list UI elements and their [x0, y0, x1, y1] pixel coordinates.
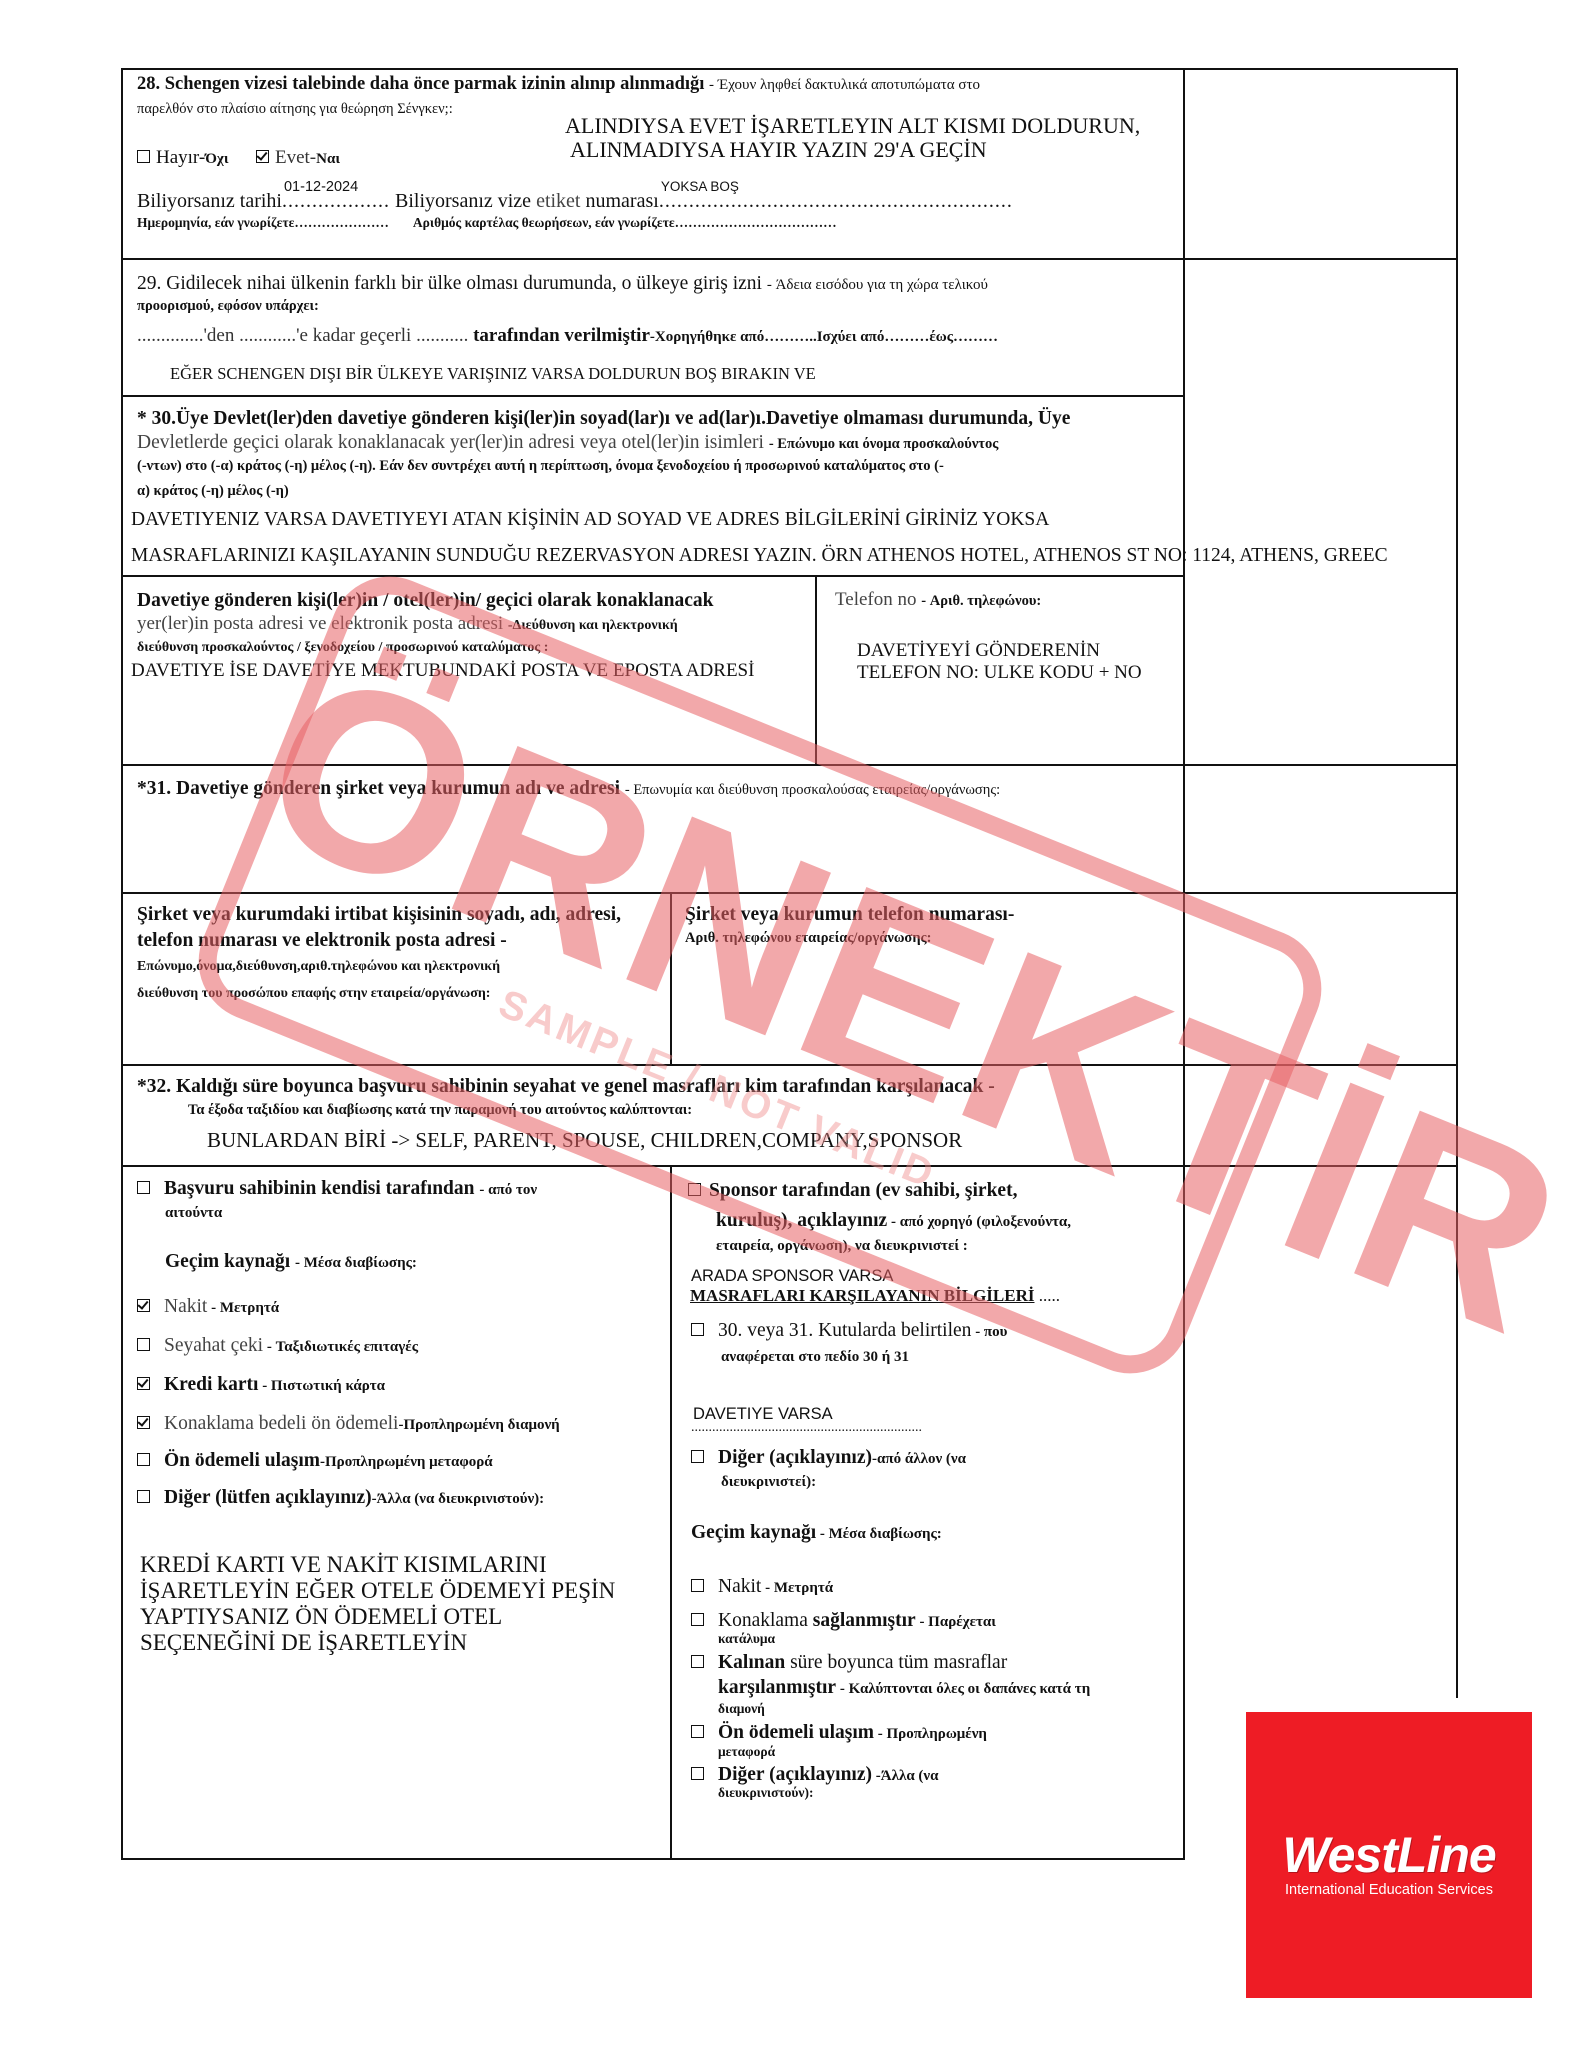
logo-name: WestLine: [1246, 1826, 1532, 1884]
company-phone-greek: Αριθ. τηλεφώνου εταιρείας/οργάνωσης:: [685, 931, 932, 947]
all-costs-greek-2: διαμονή: [718, 1702, 765, 1717]
all-costs-label-bold: Kalınan: [718, 1652, 785, 1673]
phone-note-1: DAVETİYEYİ GÖNDERENİN: [857, 641, 1100, 662]
issued-greek: -Χορηγήθηκε από………..Ισχύει από………έως………: [650, 329, 998, 345]
self-greek: - από τον: [479, 1182, 537, 1198]
address-label-1: Davetiye gönderen kişi(ler)in / otel(ler…: [137, 590, 713, 611]
other-greek: -από άλλον (να: [872, 1451, 966, 1467]
left-note-3: YAPTIYSANIZ ÖN ÖDEMELİ OTEL: [140, 1604, 615, 1630]
section-29-title-greek: - Άδεια εισόδου για τη χώρα τελικού: [767, 277, 988, 293]
other-2-greek: -Άλλα (να: [872, 1768, 939, 1784]
other-checkbox[interactable]: [691, 1450, 704, 1463]
contact-field[interactable]: [124, 1010, 668, 1062]
sponsor-dots: .....: [1039, 1286, 1060, 1305]
boxes-greek-2: αναφέρεται στο πεδίο 30 ή 31: [721, 1349, 909, 1366]
option-yes-checkbox[interactable]: [256, 150, 269, 163]
divider-31-contact: [121, 892, 1458, 894]
transport-label: Ön ödemeli ulaşım: [718, 1722, 874, 1743]
sponsor-note-1: ARADA SPONSOR VARSA: [691, 1267, 893, 1285]
left-means-greek: - Μέσα διαβίωσης:: [295, 1255, 417, 1271]
left-means-label: Geçim kaynağı: [165, 1251, 290, 1272]
phone-field[interactable]: [818, 690, 1180, 762]
section-32-title: *32. Kaldığı süre boyunca başvuru sahibi…: [137, 1076, 995, 1097]
divider-contact-phone: [670, 892, 672, 1064]
border-top: [121, 68, 1458, 70]
all-costs-greek: - Καλύπτονται όλες οι δαπάνες κατά τη: [836, 1681, 1090, 1697]
visa-number-value: YOKSA BOŞ: [661, 180, 739, 195]
address-greek-2: -Διεύθυνση και ηλεκτρονική: [508, 618, 678, 633]
means-option: Kredi kartı - Πιστωτική κάρτα: [137, 1374, 385, 1395]
left-note-2: İŞARETLEYİN EĞER OTELE ÖDEMEYİ PEŞİN: [140, 1578, 615, 1604]
section-30-greek-4: α) κράτος (-η) μέλος (-η): [137, 484, 289, 500]
other-2-greek-2: διευκρινιστούν):: [718, 1786, 813, 1801]
other-label: Diğer (açıklayınız): [718, 1447, 872, 1468]
section-30-note-2: MASRAFLARINIZI KAŞILAYANIN SUNDUĞU REZER…: [131, 545, 1388, 566]
option-no-label: Hayır-: [156, 147, 205, 168]
means-option-checkbox[interactable]: [137, 1453, 150, 1466]
section-28-note-2: ALINMADIYSA HAYIR YAZIN 29'A GEÇİN: [570, 138, 987, 162]
section-31-title: *31. Davetiye gönderen şirket veya kurum…: [137, 778, 620, 799]
visa-label-2: etiket: [536, 190, 580, 212]
sponsor-greek-3: εταιρεία, οργάνωση), να διευκρινιστεί :: [716, 1238, 968, 1255]
company-field[interactable]: [124, 810, 1180, 890]
issued-by-label: tarafından verilmiştir: [473, 325, 650, 346]
date-value: 01-12-2024: [284, 180, 358, 196]
boxes-greek: - που: [971, 1324, 1007, 1340]
other-2-checkbox[interactable]: [691, 1767, 704, 1780]
phone-label: Telefon no: [835, 589, 917, 610]
divider-29-30: [121, 395, 1185, 397]
means-option-checkbox[interactable]: [137, 1338, 150, 1351]
section-29-note: EĞER SCHENGEN DIŞI BİR ÜLKEYE VARIŞINIZ …: [170, 365, 816, 383]
self-label: Başvuru sahibinin kendisi tarafından: [164, 1178, 475, 1199]
right-means-label: Geçim kaynağı: [691, 1522, 816, 1543]
other-greek-2: διευκρινιστεί):: [721, 1474, 816, 1491]
means-option-greek: -Προπληρωμένη μεταφορά: [320, 1454, 493, 1470]
transport-checkbox[interactable]: [691, 1725, 704, 1738]
right-cash-checkbox[interactable]: [691, 1579, 704, 1592]
section-28-title: 28. Schengen vizesi talebinde daha önce …: [137, 74, 704, 94]
sponsor-checkbox[interactable]: [688, 1183, 701, 1196]
entry-permit-field[interactable]: ..............'den ............'e kadar …: [137, 326, 998, 347]
divider-30-address: [121, 575, 1185, 577]
left-note-4: SEÇENEĞİNİ DE İŞARETLEYİN: [140, 1630, 615, 1656]
all-costs-checkbox[interactable]: [691, 1655, 704, 1668]
means-option-checkbox[interactable]: [137, 1416, 150, 1429]
visa-greek: Αριθμός καρτέλας θεωρήσεων, εάν γνωρίζετ…: [413, 215, 837, 230]
means-option-label: Seyahat çeki: [164, 1335, 263, 1356]
means-option-checkbox[interactable]: [137, 1299, 150, 1312]
address-label-2: yer(ler)in posta adresi ve elektronik po…: [137, 613, 503, 634]
transport-greek: - Προπληρωμένη: [874, 1726, 987, 1742]
option-yes-greek: Ναι: [316, 151, 340, 167]
border-right-outer: [1456, 68, 1458, 1698]
border-right-inner: [1183, 68, 1185, 1858]
section-30-title-1: * 30.Üye Devlet(ler)den davetiye göndere…: [137, 408, 1070, 429]
self-checkbox[interactable]: [137, 1181, 150, 1194]
sponsor-label-1: Sponsor tarafından (ev sahibi, şirket,: [709, 1180, 1017, 1201]
address-greek-3: διεύθυνση προσκαλούντος / ξενοδοχείου / …: [137, 640, 548, 655]
phone-note-2: TELEFON NO: ULKE KODU + NO: [857, 663, 1142, 684]
means-option: Seyahat çeki - Ταξιδιωτικές επιταγές: [137, 1335, 418, 1356]
date-greek: Ημερομηνία, εάν γνωρίζετε…………………: [137, 215, 389, 230]
option-no-checkbox[interactable]: [137, 150, 150, 163]
valid-line: ..............'den ............'e kadar …: [137, 325, 468, 346]
section-30-greek-3: (-ντων) στο (-α) κράτος (-η) μέλος (-η).…: [137, 459, 944, 475]
means-option-greek: -Προπληρωμένη διαμονή: [398, 1417, 559, 1433]
other-2-label: Diğer (açıklayınız): [718, 1764, 872, 1785]
means-option: Konaklama bedeli ön ödemeli-Προπληρωμένη…: [137, 1413, 560, 1434]
section-30-note-1: DAVETIYENIZ VARSA DAVETIYEYI ATAN KİŞİNİ…: [131, 509, 1049, 530]
means-option: Diğer (lütfen açıklayınız)-Άλλα (να διευ…: [137, 1487, 544, 1508]
means-option-greek: -Άλλα (να διευκρινιστούν):: [372, 1491, 545, 1507]
visa-label-3: numarası: [586, 190, 659, 212]
accommodation-label-bold: sağlanmıştır: [808, 1610, 916, 1631]
accommodation-checkbox[interactable]: [691, 1613, 704, 1626]
accommodation-label: Konaklama: [718, 1610, 808, 1631]
company-phone-label: Şirket veya kurumun telefon numarası-: [685, 904, 1014, 925]
border-bottom: [121, 1858, 1185, 1860]
divider-side: [1183, 258, 1458, 260]
divider-address-31: [121, 764, 1458, 766]
date-field[interactable]: 01-12-2024..................: [282, 190, 390, 212]
company-phone-field[interactable]: [674, 960, 1180, 1062]
section-30-title-2: Devletlerde geçici olarak konaklanacak y…: [137, 432, 764, 453]
section-29-title-greek-2: προορισμού, εφόσον υπάρχει:: [137, 299, 319, 315]
contact-label-2: telefon numarası ve elektronik posta adr…: [137, 930, 507, 951]
all-costs-label-2: karşılanmıştır: [718, 1677, 836, 1698]
means-option: Nakit - Μετρητά: [137, 1296, 279, 1317]
sponsor-greek-2: - από χορηγό (φιλοξενούντα,: [887, 1214, 1071, 1230]
contact-label-1: Şirket veya kurumdaki irtibat kişisinin …: [137, 904, 621, 925]
means-option-greek: - Πιστωτική κάρτα: [258, 1378, 385, 1394]
divider-28-29: [121, 258, 1185, 260]
sponsor-label-2: kuruluş), açıklayınız: [716, 1210, 887, 1231]
accommodation-greek: - Παρέχεται: [916, 1614, 996, 1630]
option-no-greek: Όχι: [205, 151, 228, 167]
boxes-checkbox[interactable]: [691, 1323, 704, 1336]
means-option-checkbox[interactable]: [137, 1490, 150, 1503]
address-field[interactable]: [124, 690, 812, 762]
means-option-label: Konaklama bedeli ön ödemeli: [164, 1413, 398, 1434]
transport-greek-2: μεταφορά: [718, 1745, 775, 1760]
means-option-greek: - Ταξιδιωτικές επιταγές: [263, 1339, 418, 1355]
divider-options: [670, 1165, 672, 1858]
divider-contact-32: [121, 1064, 1458, 1066]
means-option-greek: - Μετρητά: [207, 1300, 279, 1316]
phone-greek: - Αριθ. τηλεφώνου:: [921, 593, 1041, 609]
accommodation-greek-2: κατάλυμα: [718, 1632, 775, 1647]
address-note: DAVETIYE İSE DAVETİYE MEKTUBUNDAKİ POSTA…: [131, 661, 754, 682]
section-32-note: BUNLARDAN BİRİ -> SELF, PARENT, SPOUSE, …: [207, 1129, 962, 1152]
date-label: Biliyorsanız tarihi: [137, 190, 282, 212]
invite-dots: ........................................…: [691, 1420, 922, 1435]
means-option-label: Kredi kartı: [164, 1374, 258, 1395]
divider-32-options: [121, 1165, 1458, 1167]
means-option: Ön ödemeli ulaşım-Προπληρωμένη μεταφορά: [137, 1450, 493, 1471]
section-32-title-greek: Τα έξοδα ταξιδίου και διαβίωσης κατά την…: [188, 1103, 692, 1119]
visa-number-field[interactable]: YOKSA BOŞ...............................…: [659, 190, 1013, 212]
section-28-note-1: ALINDIYSA EVET İŞARETLEYIN ALT KISMI DOL…: [565, 114, 1140, 138]
westline-logo: WestLine International Education Service…: [1246, 1712, 1532, 1998]
right-cash-label: Nakit: [718, 1576, 761, 1597]
means-option-label: Ön ödemeli ulaşım: [164, 1450, 320, 1471]
section-29-title: 29. Gidilecek nihai ülkenin farklı bir ü…: [137, 273, 762, 294]
section-28-title-greek-2: παρελθόν στο πλαίσιο αίτησης για θεώρηση…: [137, 102, 453, 118]
contact-greek-1: Επώνυμο,όνομα,διεύθυνση,αριθ.τηλεφώνου κ…: [137, 959, 500, 974]
right-means-greek: - Μέσα διαβίωσης:: [816, 1526, 942, 1542]
sponsor-note-2: MASRAFLARI KARŞILAYANIN BİLGİLERİ: [690, 1286, 1035, 1305]
self-greek-2: αιτούντα: [165, 1205, 222, 1222]
left-note-1: KREDİ KARTI VE NAKİT KISIMLARINI: [140, 1552, 615, 1578]
border-left: [121, 68, 123, 1858]
visa-label: Biliyorsanız vize: [395, 190, 531, 212]
invite-field[interactable]: ........................................…: [691, 1420, 922, 1435]
boxes-label: 30. veya 31. Kutularda belirtilen: [718, 1320, 971, 1341]
means-option-label: Diğer (lütfen açıklayınız): [164, 1487, 372, 1508]
divider-address-phone: [815, 575, 817, 765]
right-cash-greek: - Μετρητά: [761, 1580, 833, 1596]
contact-greek-2: διεύθυνση του προσώπου επαφής στην εταιρ…: [137, 986, 490, 1001]
section-28-title-greek: - Έχουν ληφθεί δακτυλικά αποτυπώματα στο: [709, 77, 980, 93]
means-option-checkbox[interactable]: [137, 1377, 150, 1390]
logo-tagline: International Education Services: [1246, 1882, 1532, 1898]
sponsor-field[interactable]: MASRAFLARI KARŞILAYANIN BİLGİLERİ .....: [690, 1287, 1060, 1306]
means-option-label: Nakit: [164, 1296, 207, 1317]
all-costs-label: süre boyunca tüm masraflar: [785, 1652, 1007, 1673]
option-yes-label: Evet-: [275, 147, 316, 168]
section-30-title-greek: - Επώνυμο και όνομα προσκαλούντος: [769, 436, 999, 452]
section-31-title-greek: - Επωνυμία και διεύθυνση προσκαλούσας ετ…: [625, 782, 1000, 798]
